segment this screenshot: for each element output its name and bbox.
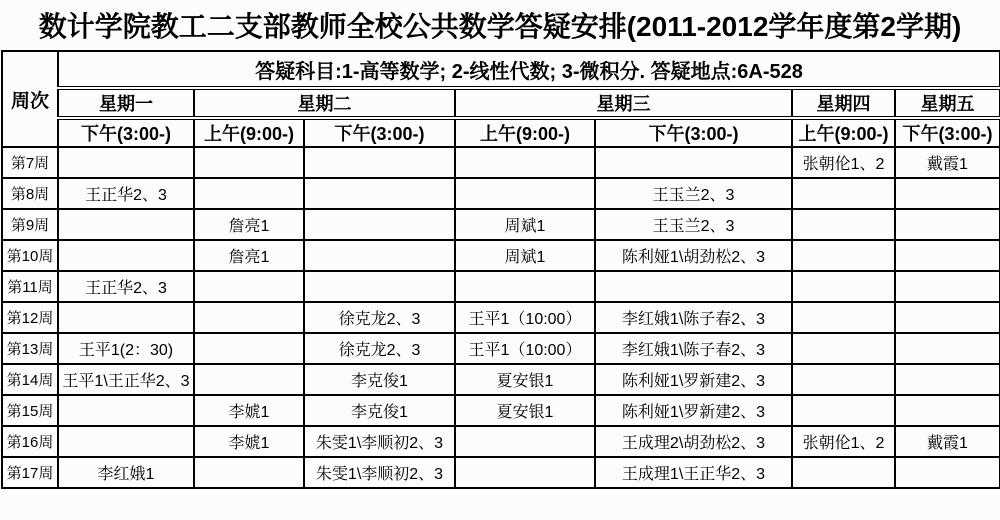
schedule-cell bbox=[304, 209, 455, 240]
schedule-cell: 戴霞1 bbox=[895, 426, 1000, 457]
schedule-cell bbox=[792, 271, 895, 302]
week-label: 第13周 bbox=[2, 333, 58, 364]
table-row-week9: 第9周 詹亮1 周斌1 王玉兰2、3 bbox=[2, 209, 1000, 240]
subject-note: 答疑科目:1-高等数学; 2-线性代数; 3-微积分. 答疑地点:6A-528 bbox=[58, 51, 1000, 88]
week-label: 第14周 bbox=[2, 364, 58, 395]
schedule-cell: 朱雯1\李顺初2、3 bbox=[304, 426, 455, 457]
schedule-cell: 李克俊1 bbox=[304, 395, 455, 426]
schedule-cell: 李红娥1\陈子春2、3 bbox=[595, 302, 792, 333]
schedule-cell: 朱雯1\李顺初2、3 bbox=[304, 457, 455, 488]
schedule-cell bbox=[304, 147, 455, 178]
schedule-cell bbox=[895, 209, 1000, 240]
schedule-cell bbox=[58, 395, 194, 426]
table-row-week12: 第12周 徐克龙2、3 王平1（10:00） 李红娥1\陈子春2、3 bbox=[2, 302, 1000, 333]
schedule-cell bbox=[895, 333, 1000, 364]
schedule-cell: 王平1\王正华2、3 bbox=[58, 364, 194, 395]
schedule-cell: 王玉兰2、3 bbox=[595, 178, 792, 209]
schedule-cell bbox=[455, 271, 595, 302]
time-header-thu-am: 上午(9:00-) bbox=[792, 118, 895, 147]
schedule-cell: 夏安银1 bbox=[455, 364, 595, 395]
schedule-cell: 周斌1 bbox=[455, 240, 595, 271]
schedule-cell bbox=[792, 395, 895, 426]
time-header-tue-am: 上午(9:00-) bbox=[194, 118, 304, 147]
schedule-cell bbox=[792, 209, 895, 240]
table-row-week7: 第7周 张朝伦1、2 戴霞1 bbox=[2, 147, 1000, 178]
time-header-mon-pm: 下午(3:00-) bbox=[58, 118, 194, 147]
table-row-week17: 第17周 李红娥1 朱雯1\李顺初2、3 王成理1\王正华2、3 bbox=[2, 457, 1000, 488]
schedule-cell bbox=[792, 364, 895, 395]
week-label: 第12周 bbox=[2, 302, 58, 333]
schedule-cell bbox=[792, 302, 895, 333]
schedule-cell: 李红娥1\陈子春2、3 bbox=[595, 333, 792, 364]
schedule-cell bbox=[58, 426, 194, 457]
week-label: 第16周 bbox=[2, 426, 58, 457]
schedule-cell bbox=[194, 364, 304, 395]
schedule-cell bbox=[194, 333, 304, 364]
schedule-cell bbox=[895, 395, 1000, 426]
schedule-cell: 徐克龙2、3 bbox=[304, 302, 455, 333]
schedule-cell bbox=[595, 147, 792, 178]
schedule-cell bbox=[895, 271, 1000, 302]
table-row-week11: 第11周 王正华2、3 bbox=[2, 271, 1000, 302]
day-header-friday: 星期五 bbox=[895, 88, 1000, 118]
schedule-cell bbox=[58, 147, 194, 178]
schedule-cell: 陈利娅1\胡劲松2、3 bbox=[595, 240, 792, 271]
day-header-thursday: 星期四 bbox=[792, 88, 895, 118]
week-column-header: 周次 bbox=[2, 51, 58, 147]
week-label: 第8周 bbox=[2, 178, 58, 209]
schedule-cell: 李红娥1 bbox=[58, 457, 194, 488]
schedule-cell bbox=[194, 457, 304, 488]
schedule-cell: 徐克龙2、3 bbox=[304, 333, 455, 364]
schedule-cell bbox=[455, 426, 595, 457]
week-label: 第17周 bbox=[2, 457, 58, 488]
schedule-cell bbox=[792, 457, 895, 488]
schedule-cell: 詹亮1 bbox=[194, 240, 304, 271]
schedule-cell bbox=[895, 457, 1000, 488]
schedule-cell: 周斌1 bbox=[455, 209, 595, 240]
page-title: 数计学院教工二支部教师全校公共数学答疑安排(2011-2012学年度第2学期) bbox=[0, 0, 1000, 50]
week-label: 第10周 bbox=[2, 240, 58, 271]
schedule-cell bbox=[194, 147, 304, 178]
table-row-week15: 第15周 李婋1 李克俊1 夏安银1 陈利娅1\罗新建2、3 bbox=[2, 395, 1000, 426]
schedule-cell: 陈利娅1\罗新建2、3 bbox=[595, 395, 792, 426]
schedule-cell: 王平1（10:00） bbox=[455, 302, 595, 333]
schedule-cell bbox=[792, 178, 895, 209]
schedule-cell bbox=[595, 271, 792, 302]
schedule-cell bbox=[194, 178, 304, 209]
qa-schedule-table: 周次 答疑科目:1-高等数学; 2-线性代数; 3-微积分. 答疑地点:6A-5… bbox=[1, 50, 1000, 489]
schedule-cell bbox=[304, 240, 455, 271]
schedule-cell: 王成理2\胡劲松2、3 bbox=[595, 426, 792, 457]
time-header-wed-pm: 下午(3:00-) bbox=[595, 118, 792, 147]
schedule-cell bbox=[895, 302, 1000, 333]
schedule-cell: 詹亮1 bbox=[194, 209, 304, 240]
schedule-cell bbox=[895, 364, 1000, 395]
table-row-week14: 第14周 王平1\王正华2、3 李克俊1 夏安银1 陈利娅1\罗新建2、3 bbox=[2, 364, 1000, 395]
schedule-cell: 王正华2、3 bbox=[58, 271, 194, 302]
table-row-week16: 第16周 李婋1 朱雯1\李顺初2、3 王成理2\胡劲松2、3 张朝伦1、2 戴… bbox=[2, 426, 1000, 457]
schedule-cell bbox=[455, 457, 595, 488]
time-header-fri-pm: 下午(3:00-) bbox=[895, 118, 1000, 147]
schedule-cell bbox=[895, 240, 1000, 271]
schedule-cell bbox=[194, 302, 304, 333]
week-label: 第9周 bbox=[2, 209, 58, 240]
schedule-cell: 戴霞1 bbox=[895, 147, 1000, 178]
schedule-cell: 张朝伦1、2 bbox=[792, 426, 895, 457]
schedule-cell bbox=[455, 147, 595, 178]
table-row-week13: 第13周 王平1(2：30) 徐克龙2、3 王平1（10:00） 李红娥1\陈子… bbox=[2, 333, 1000, 364]
schedule-cell: 王玉兰2、3 bbox=[595, 209, 792, 240]
week-label: 第15周 bbox=[2, 395, 58, 426]
schedule-cell: 夏安银1 bbox=[455, 395, 595, 426]
table-row-week10: 第10周 詹亮1 周斌1 陈利娅1\胡劲松2、3 bbox=[2, 240, 1000, 271]
day-header-wednesday: 星期三 bbox=[455, 88, 792, 118]
day-header-tuesday: 星期二 bbox=[194, 88, 455, 118]
schedule-cell: 王正华2、3 bbox=[58, 178, 194, 209]
schedule-cell: 王成理1\王正华2、3 bbox=[595, 457, 792, 488]
schedule-cell bbox=[792, 333, 895, 364]
schedule-cell bbox=[58, 302, 194, 333]
schedule-cell: 王平1(2：30) bbox=[58, 333, 194, 364]
schedule-cell: 王平1（10:00） bbox=[455, 333, 595, 364]
schedule-cell bbox=[194, 271, 304, 302]
day-header-monday: 星期一 bbox=[58, 88, 194, 118]
schedule-cell bbox=[895, 178, 1000, 209]
schedule-cell bbox=[792, 240, 895, 271]
schedule-cell: 李婋1 bbox=[194, 426, 304, 457]
schedule-cell bbox=[58, 209, 194, 240]
schedule-cell: 李克俊1 bbox=[304, 364, 455, 395]
table-row-week8: 第8周 王正华2、3 王玉兰2、3 bbox=[2, 178, 1000, 209]
week-label: 第11周 bbox=[2, 271, 58, 302]
schedule-cell: 陈利娅1\罗新建2、3 bbox=[595, 364, 792, 395]
time-header-tue-pm: 下午(3:00-) bbox=[304, 118, 455, 147]
schedule-cell: 张朝伦1、2 bbox=[792, 147, 895, 178]
schedule-cell: 李婋1 bbox=[194, 395, 304, 426]
schedule-cell bbox=[58, 240, 194, 271]
schedule-cell bbox=[304, 178, 455, 209]
schedule-cell bbox=[304, 271, 455, 302]
time-header-wed-am: 上午(9:00-) bbox=[455, 118, 595, 147]
week-label: 第7周 bbox=[2, 147, 58, 178]
schedule-cell bbox=[455, 178, 595, 209]
